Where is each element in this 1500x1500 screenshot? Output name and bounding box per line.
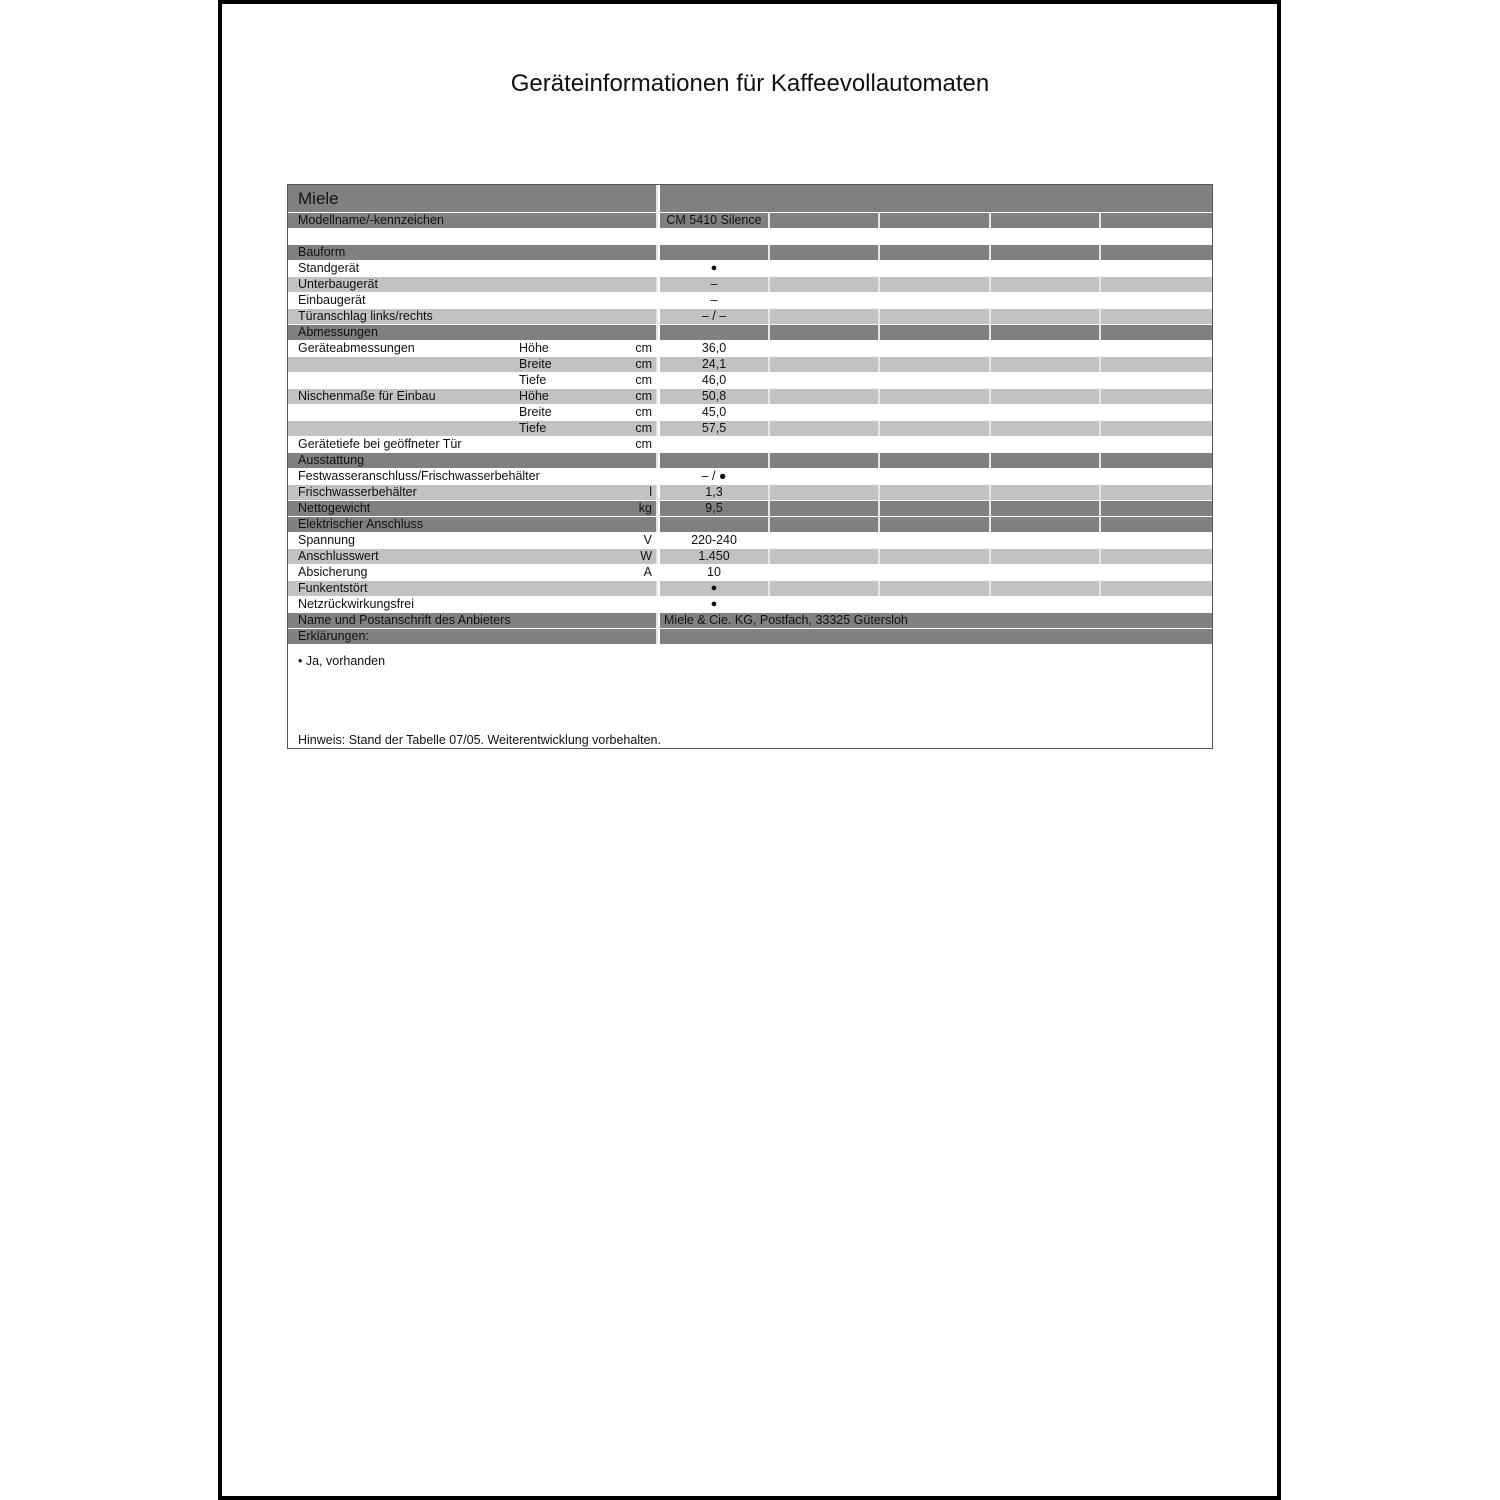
empty-cell (991, 357, 1101, 372)
row-unit: W (570, 549, 658, 564)
row-value: 46,0 (660, 373, 770, 388)
empty-cell (880, 517, 991, 532)
footnote: Hinweis: Stand der Tabelle 07/05. Weiter… (298, 733, 661, 747)
table-row-erklaerungen: Erklärungen: (288, 629, 1212, 644)
table-row: Nettogewicht kg 9,5 (288, 501, 1212, 516)
section-abmessungen: Abmessungen (288, 325, 1212, 340)
spec-table: Miele Modellname/-kennzeichen CM 5410 Si… (287, 184, 1213, 749)
model-value: CM 5410 Silence (660, 213, 770, 228)
empty-cell (880, 453, 991, 468)
empty-cell (660, 325, 770, 340)
empty-cell (770, 277, 880, 292)
empty-cell (660, 245, 770, 260)
row-unit: V (570, 533, 658, 548)
empty-cell (770, 389, 880, 404)
table-row: Einbaugerät – (288, 293, 1212, 308)
empty-cell (660, 629, 1212, 644)
empty-cell (770, 325, 880, 340)
empty-cell (1101, 389, 1212, 404)
row-value: ● (660, 597, 770, 612)
row-value: ● (660, 261, 770, 276)
model-label: Modellname/-kennzeichen (288, 213, 658, 228)
table-row: Breite cm 24,1 (288, 357, 1212, 372)
section-label: Bauform (288, 245, 658, 260)
row-label: Erklärungen: (288, 629, 658, 644)
table-row: Breite cm 45,0 (288, 405, 1212, 420)
empty-cell (1101, 549, 1212, 564)
empty-cell (880, 581, 991, 596)
empty-cell (1101, 517, 1212, 532)
empty-cell (770, 421, 880, 436)
row-label: Name und Postanschrift des Anbieters (288, 613, 658, 628)
empty-cell (770, 357, 880, 372)
row-unit: cm (570, 405, 658, 420)
empty-cell (880, 549, 991, 564)
empty-cell (880, 277, 991, 292)
empty-cell (660, 517, 770, 532)
section-label: Elektrischer Anschluss (288, 517, 658, 532)
row-unit: cm (570, 421, 658, 436)
row-label: Türanschlag links/rechts (288, 309, 658, 324)
table-row-model: Modellname/-kennzeichen CM 5410 Silence (288, 213, 1212, 228)
row-value: 1,3 (660, 485, 770, 500)
row-value: 10 (660, 565, 770, 580)
empty-cell (770, 309, 880, 324)
empty-cell (660, 453, 770, 468)
empty-cell (1101, 213, 1212, 228)
row-sublabel: Breite (518, 357, 570, 372)
row-value: 24,1 (660, 357, 770, 372)
empty-cell (880, 501, 991, 516)
empty-cell (880, 325, 991, 340)
empty-cell (770, 549, 880, 564)
table-row: Nischenmaße für Einbau Höhe cm 50,8 (288, 389, 1212, 404)
empty-cell (880, 421, 991, 436)
empty-cell (770, 453, 880, 468)
row-sublabel: Breite (518, 405, 570, 420)
empty-cell (880, 357, 991, 372)
brand-header-filler (660, 185, 1212, 212)
table-row: Geräteabmessungen Höhe cm 36,0 (288, 341, 1212, 356)
empty-cell (991, 517, 1101, 532)
empty-cell (880, 485, 991, 500)
empty-cell (1101, 581, 1212, 596)
row-value: – / – (660, 309, 770, 324)
table-row: Tiefe cm 57,5 (288, 421, 1212, 436)
table-row: Funkentstört ● (288, 581, 1212, 596)
empty-cell (1101, 245, 1212, 260)
empty-cell (991, 421, 1101, 436)
empty-cell (770, 213, 880, 228)
empty-cell (880, 245, 991, 260)
empty-cell (991, 453, 1101, 468)
row-value: 57,5 (660, 421, 770, 436)
empty-cell (991, 213, 1101, 228)
empty-cell (770, 501, 880, 516)
empty-cell (991, 325, 1101, 340)
empty-cell (880, 309, 991, 324)
row-value: – (660, 293, 770, 308)
table-row: Festwasseranschluss/Frischwasserbehälter… (288, 469, 1212, 484)
table-row: Gerätetiefe bei geöffneter Tür cm (288, 437, 1212, 452)
row-value: 45,0 (660, 405, 770, 420)
empty-cell (991, 485, 1101, 500)
empty-cell (1101, 421, 1212, 436)
row-label: Funkentstört (288, 581, 658, 596)
row-label: Netzrückwirkungsfrei (288, 597, 658, 612)
legend-text: • Ja, vorhanden (298, 654, 385, 668)
table-row: Spannung V 220-240 (288, 533, 1212, 548)
empty-cell (770, 517, 880, 532)
row-value: ● (660, 581, 770, 596)
row-value: 50,8 (660, 389, 770, 404)
table-row: Standgerät ● (288, 261, 1212, 276)
row-value: 36,0 (660, 341, 770, 356)
row-sublabel: Tiefe (518, 421, 570, 436)
row-unit: cm (570, 373, 658, 388)
empty-cell (880, 389, 991, 404)
row-sublabel: Höhe (518, 341, 570, 356)
row-label: Festwasseranschluss/Frischwasserbehälter (288, 469, 658, 484)
section-bauform: Bauform (288, 245, 1212, 260)
section-elektrisch: Elektrischer Anschluss (288, 517, 1212, 532)
empty-cell (770, 245, 880, 260)
row-value: 1.450 (660, 549, 770, 564)
row-label: Standgerät (288, 261, 658, 276)
row-value: – / ● (660, 469, 770, 484)
empty-cell (880, 213, 991, 228)
empty-cell (991, 245, 1101, 260)
empty-cell (770, 581, 880, 596)
table-row: Frischwasserbehälter l 1,3 (288, 485, 1212, 500)
empty-cell (1101, 277, 1212, 292)
empty-cell (991, 549, 1101, 564)
table-row: Absicherung A 10 (288, 565, 1212, 580)
brand-name: Miele (288, 185, 658, 212)
row-label: Unterbaugerät (288, 277, 658, 292)
empty-cell (1101, 485, 1212, 500)
empty-cell (1101, 325, 1212, 340)
section-label: Ausstattung (288, 453, 658, 468)
document-title: Geräteinformationen für Kaffeevollautoma… (0, 70, 1500, 98)
table-row-anbieter: Name und Postanschrift des Anbieters Mie… (288, 613, 1212, 628)
empty-cell (991, 389, 1101, 404)
empty-cell (770, 485, 880, 500)
empty-cell (1101, 501, 1212, 516)
row-unit: A (570, 565, 658, 580)
row-unit: cm (570, 437, 658, 452)
row-value: 9,5 (660, 501, 770, 516)
row-value: Miele & Cie. KG, Postfach, 33325 Gütersl… (660, 613, 1212, 628)
empty-cell (1101, 309, 1212, 324)
table-row: Tiefe cm 46,0 (288, 373, 1212, 388)
section-ausstattung: Ausstattung (288, 453, 1212, 468)
empty-cell (991, 501, 1101, 516)
empty-cell (991, 277, 1101, 292)
table-row: Netzrückwirkungsfrei ● (288, 597, 1212, 612)
row-unit: l (570, 485, 658, 500)
row-unit: cm (570, 341, 658, 356)
row-unit: cm (570, 389, 658, 404)
section-label: Abmessungen (288, 325, 658, 340)
table-row: Anschlusswert W 1.450 (288, 549, 1212, 564)
row-value (660, 437, 770, 452)
row-unit: cm (570, 357, 658, 372)
row-value: – (660, 277, 770, 292)
row-unit: kg (570, 501, 658, 516)
row-sublabel: Höhe (518, 389, 570, 404)
table-row: Unterbaugerät – (288, 277, 1212, 292)
brand-header-row: Miele (288, 185, 1212, 212)
row-value: 220-240 (660, 533, 770, 548)
row-sublabel: Tiefe (518, 373, 570, 388)
empty-cell (1101, 357, 1212, 372)
empty-cell (1101, 453, 1212, 468)
empty-cell (991, 309, 1101, 324)
table-row: Türanschlag links/rechts – / – (288, 309, 1212, 324)
empty-cell (991, 581, 1101, 596)
row-label: Einbaugerät (288, 293, 658, 308)
